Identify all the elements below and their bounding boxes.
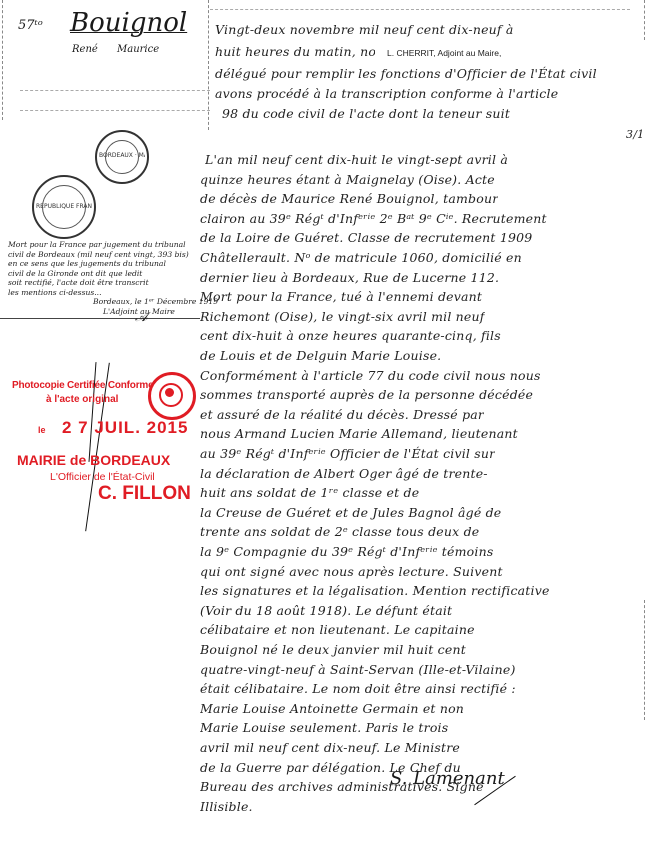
act-body-line: cent dix-huit à onze heures quarante-cin… bbox=[200, 328, 501, 343]
act-body-line: et assuré de la réalité du décès. Dressé… bbox=[200, 407, 484, 422]
certification-line-1: Photocopie Certifiée Conforme bbox=[12, 380, 153, 391]
act-body-line: de la Loire de Guéret. Classe de recrute… bbox=[200, 230, 532, 245]
header-line: délégué pour remplir les fonctions d'Off… bbox=[215, 66, 597, 81]
act-body-line: Châtellerault. Nᵒ de matricule 1060, dom… bbox=[200, 250, 522, 265]
certification-issuer: MAIRIE de BORDEAUX bbox=[17, 452, 170, 468]
typed-adjoint-insert: L. CHERRIT, Adjoint au Maire, bbox=[387, 48, 501, 58]
certification-date-prefix: le bbox=[38, 425, 46, 435]
margin-note: Mort pour la France par jugement du trib… bbox=[8, 240, 208, 316]
header-line: 98 du code civil de l'acte dont la teneu… bbox=[222, 106, 510, 121]
signature: S. Lamenant bbox=[390, 768, 505, 789]
act-body-line: qui ont signé avec nous après lecture. S… bbox=[200, 564, 503, 579]
act-body-line: dernier lieu à Bordeaux, Rue de Lucerne … bbox=[200, 270, 499, 285]
deceased-given-names: René Maurice bbox=[72, 44, 175, 55]
ruled-line bbox=[210, 9, 630, 10]
act-body-line: Conformément à l'article 77 du code civi… bbox=[200, 368, 541, 383]
act-body-line: sommes transporté auprès de la personne … bbox=[200, 387, 533, 402]
certification-date: 2 7 JUIL. 2015 bbox=[62, 418, 188, 438]
city-seal-icon bbox=[148, 372, 196, 420]
act-body-line: les signatures et la légalisation. Menti… bbox=[200, 583, 550, 598]
document-page: 57ᵗᵒ Bouignol René Maurice 3/1 Vingt-deu… bbox=[0, 0, 650, 850]
act-body-line: était célibataire. Le nom doit être ains… bbox=[200, 681, 516, 696]
margin-note-line: les mentions ci-dessus... bbox=[8, 288, 208, 298]
upper-embossed-seal: BORDEAUX · MAIRIE bbox=[95, 130, 149, 184]
page-mark: 3/1 bbox=[626, 128, 644, 141]
lower-embossed-seal: RÉPUBLIQUE FRANÇAISE · BORDEAUX bbox=[32, 175, 96, 239]
act-body-line: Mort pour la France, tué à l'ennemi deva… bbox=[200, 289, 482, 304]
header-line: Vingt-deux novembre mil neuf cent dix-ne… bbox=[215, 22, 514, 37]
margin-note-line: Mort pour la France par jugement du trib… bbox=[8, 240, 208, 250]
act-body-line: de décès de Maurice René Bouignol, tambo… bbox=[200, 191, 498, 206]
act-body-line: nous Armand Lucien Marie Allemand, lieut… bbox=[200, 426, 518, 441]
act-body-line: (Voir du 18 août 1918). Le défunt était bbox=[200, 603, 452, 618]
given-name-2: Maurice bbox=[117, 44, 159, 55]
page-edge-line bbox=[2, 0, 3, 120]
pen-stroke bbox=[89, 362, 97, 462]
margin-note-line: civil de Bordeaux (mil neuf cent vingt, … bbox=[8, 250, 208, 260]
act-body-line: Bouignol né le deux janvier mil huit cen… bbox=[200, 642, 466, 657]
act-body-line: quatre-vingt-neuf à Saint-Servan (Ille-e… bbox=[200, 662, 516, 677]
right-edge-line-lower bbox=[644, 600, 645, 720]
margin-note-line: L'Adjoint au Maire bbox=[8, 307, 208, 317]
act-body-line: quinze heures étant à Maignelay (Oise). … bbox=[200, 172, 495, 187]
act-body-line: huit ans soldat de 1ʳᵉ classe et de bbox=[200, 485, 419, 500]
margin-note-line: en ce sens que les jugements du tribunal bbox=[8, 259, 208, 269]
margin-note-initials: 𝒜̶ bbox=[135, 310, 148, 325]
given-name-1: René bbox=[72, 44, 98, 55]
act-body-line: au 39ᵉ Régᵗ d'Infᵉʳⁱᵉ Officier de l'État… bbox=[200, 446, 495, 461]
act-body-line: Richemont (Oise), le vingt-six avril mil… bbox=[200, 309, 485, 324]
margin-note-line: soit rectifié, l'acte doit être transcri… bbox=[8, 278, 208, 288]
header-line: huit heures du matin, nous, bbox=[215, 44, 375, 59]
act-body-line: la Creuse de Guéret et de Jules Bagnol â… bbox=[200, 505, 501, 520]
act-body-line: la 9ᵉ Compagnie du 39ᵉ Régᵗ d'Infᵉʳⁱᵉ té… bbox=[200, 544, 493, 559]
act-body-line: de Louis et de Delguin Marie Louise. bbox=[200, 348, 441, 363]
act-body-line: clairon au 39ᵉ Régᵗ d'Infᵉʳⁱᵉ 2ᵉ Bᵃᵗ 9ᵉ … bbox=[200, 211, 547, 226]
act-body-line: la déclaration de Albert Oger âgé de tre… bbox=[200, 466, 488, 481]
certification-officer-title: L'Officier de l'État-Civil bbox=[50, 471, 155, 483]
margin-note-line: Bordeaux, le 1ᵉʳ Décembre 1919 bbox=[8, 297, 208, 307]
header-line: avons procédé à la transcription conform… bbox=[215, 86, 558, 101]
seal-text: RÉPUBLIQUE FRANÇAISE · BORDEAUX bbox=[36, 203, 92, 210]
seal-text: BORDEAUX · MAIRIE bbox=[99, 152, 145, 159]
ruled-line bbox=[20, 110, 210, 111]
right-edge-line bbox=[644, 0, 645, 40]
act-body-line: Illisible. bbox=[200, 799, 253, 814]
act-body-line: avril mil neuf cent dix-neuf. Le Ministr… bbox=[200, 740, 460, 755]
margin-note-rule bbox=[0, 318, 200, 319]
certification-line-2: à l'acte original bbox=[46, 394, 118, 405]
act-body-line: trente ans soldat de 2ᵉ classe tous deux… bbox=[200, 524, 479, 539]
entry-number: 57ᵗᵒ bbox=[18, 18, 43, 33]
deceased-surname: Bouignol bbox=[70, 8, 187, 38]
act-body-line: L'an mil neuf cent dix-huit le vingt-sep… bbox=[205, 152, 508, 167]
certification-officer-name: C. FILLON bbox=[98, 483, 191, 505]
act-body-line: célibataire et non lieutenant. Le capita… bbox=[200, 622, 475, 637]
ruled-line bbox=[20, 90, 210, 91]
margin-note-line: civil de la Gironde ont dit que ledit bbox=[8, 269, 208, 279]
act-body-line: Marie Louise seulement. Paris le trois bbox=[200, 720, 448, 735]
act-body-line: Marie Louise Antoinette Germain et non bbox=[200, 701, 464, 716]
